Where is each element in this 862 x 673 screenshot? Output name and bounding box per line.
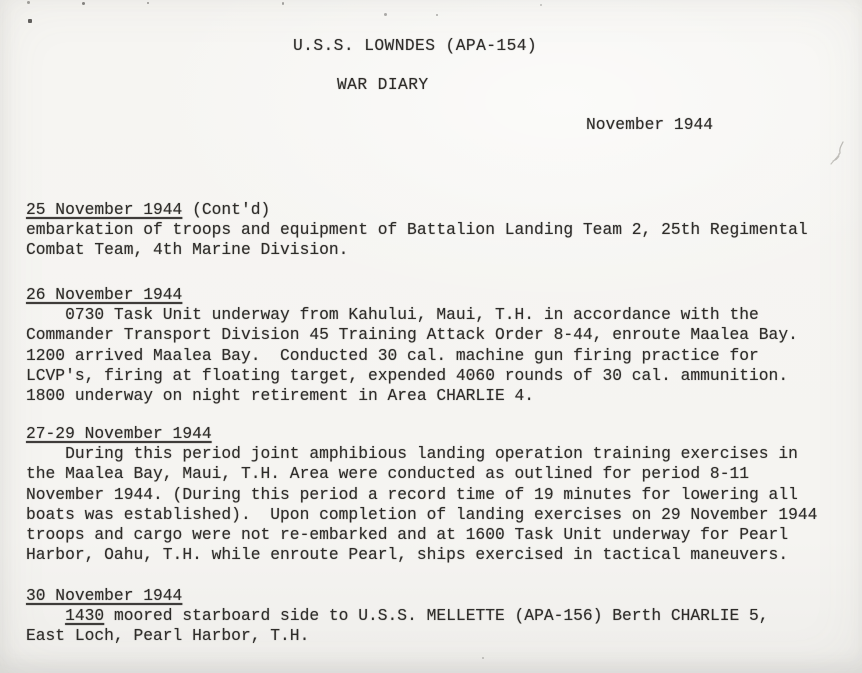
entry-date: 27-29 November 1944 <box>26 424 212 443</box>
entry-text-line: Harbor, Oahu, T.H. while enroute Pearl, … <box>26 545 852 565</box>
scan-speck <box>540 4 542 6</box>
entry-date: 30 November 1944 <box>26 586 182 605</box>
entry-date: 25 November 1944 <box>26 200 182 219</box>
entry-date-heading: 27-29 November 1944 <box>26 424 852 444</box>
entry-text-line: 1200 arrived Maalea Bay. Conducted 30 ca… <box>26 346 852 366</box>
document-date: November 1944 <box>586 115 713 134</box>
diary-entry: 25 November 1944 (Cont'd)embarkation of … <box>26 200 852 261</box>
entry-text-line: LCVP's, firing at floating target, expen… <box>26 366 852 386</box>
scan-speck <box>482 657 484 659</box>
entry-text-line: During this period joint amphibious land… <box>26 444 852 464</box>
entry-date-heading: 26 November 1944 <box>26 285 852 305</box>
scan-speck <box>27 1 30 4</box>
entry-text-line: November 1944. (During this period a rec… <box>26 485 852 505</box>
scan-speck <box>82 2 85 5</box>
entry-text-line: the Maalea Bay, Maui, T.H. Area were con… <box>26 464 852 484</box>
entry-text-line: boats was established). Upon completion … <box>26 505 852 525</box>
entry-text-line: 1800 underway on night retirement in Are… <box>26 386 852 406</box>
scan-speck <box>384 13 387 16</box>
entry-date-heading: 25 November 1944 (Cont'd) <box>26 200 852 220</box>
diary-entry: 30 November 1944 1430 moored starboard s… <box>26 586 852 647</box>
scan-speck <box>436 14 438 16</box>
entry-text-line: Commander Transport Division 45 Training… <box>26 325 852 345</box>
underlined-time: 1430 <box>65 606 104 625</box>
entry-date-heading: 30 November 1944 <box>26 586 852 606</box>
diary-entry: 27-29 November 1944 During this period j… <box>26 424 852 565</box>
entry-text-line: 0730 Task Unit underway from Kahului, Ma… <box>26 305 852 325</box>
entry-date-suffix: (Cont'd) <box>182 200 270 219</box>
entry-text-line: embarkation of troops and equipment of B… <box>26 220 852 240</box>
entry-text-line: troops and cargo were not re-embarked an… <box>26 525 852 545</box>
entry-text-line: East Loch, Pearl Harbor, T.H. <box>26 626 852 646</box>
document-title: U.S.S. LOWNDES (APA-154) <box>293 36 537 55</box>
entry-text-line: Combat Team, 4th Marine Division. <box>26 240 852 260</box>
document-subtitle: WAR DIARY <box>337 75 429 94</box>
entry-text-line: 1430 moored starboard side to U.S.S. MEL… <box>26 606 852 626</box>
scan-speck <box>28 19 32 23</box>
entry-date: 26 November 1944 <box>26 285 182 304</box>
scan-speck <box>282 2 284 5</box>
diary-entry: 26 November 1944 0730 Task Unit underway… <box>26 285 852 406</box>
pencil-squiggle-mark <box>824 140 850 174</box>
scan-speck <box>147 2 149 4</box>
war-diary-scanned-page: U.S.S. LOWNDES (APA-154) WAR DIARY Novem… <box>0 0 862 673</box>
